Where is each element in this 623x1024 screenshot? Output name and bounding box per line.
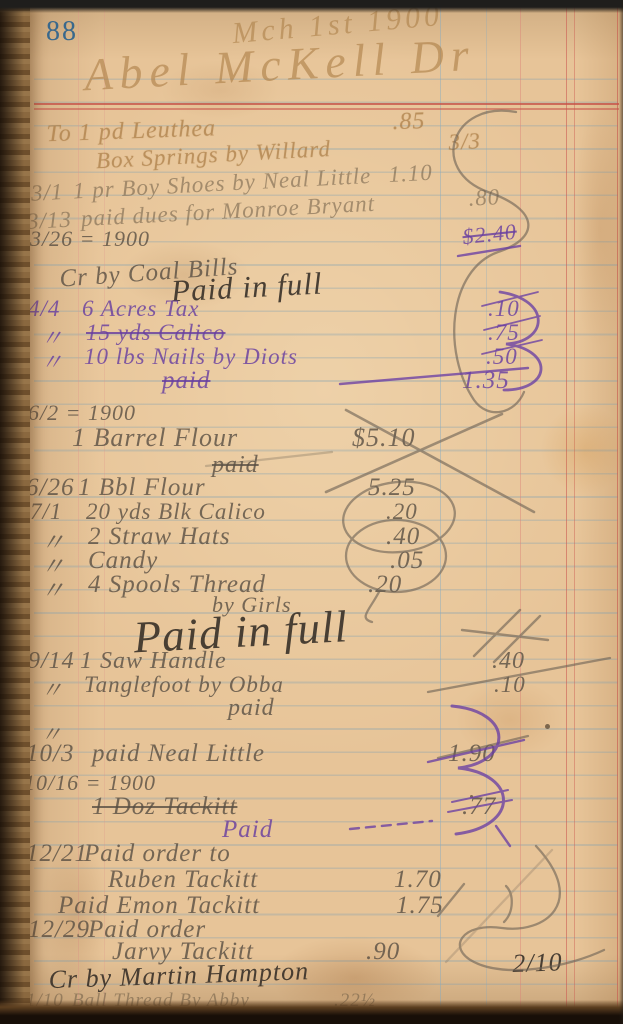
entry-desc: paid Neal Little <box>92 740 265 768</box>
entry-amount: .85 <box>392 108 426 136</box>
entry-amount: .10 <box>488 296 520 322</box>
entry-amount: 3/3 <box>448 128 482 156</box>
entry-date: 10/3 <box>26 740 74 768</box>
entry-date: 〃 <box>40 571 66 607</box>
entry-amount: .40 <box>492 648 525 675</box>
entry-desc: 1 Bbl Flour <box>78 474 206 502</box>
entry-desc: Paid order to <box>84 840 231 868</box>
entry-date: 9/14 <box>28 648 75 675</box>
entry-desc: paid <box>162 367 210 395</box>
entry-date: 7/1 <box>30 499 62 525</box>
entry-desc: 1 Saw Handle <box>80 648 227 675</box>
entry-ramount: 2/10 <box>512 947 563 979</box>
entry-amount: 1.75 <box>396 892 444 920</box>
entry-desc: $2.40 <box>461 219 518 251</box>
entry-date: 4/4 <box>28 296 60 322</box>
entry-amount: .10 <box>494 672 526 698</box>
entry-desc: paid <box>212 452 259 479</box>
entry-amount: .80 <box>468 184 501 212</box>
entry-amount: $5.10 <box>352 423 416 453</box>
entry-date: 3/1 <box>30 179 64 207</box>
ledger-entry: Cr by Martin Hampton2/10 <box>0 945 623 967</box>
book-binding <box>0 0 30 1024</box>
scan-edge-right <box>619 0 623 1024</box>
entry-date: 〃 <box>40 344 64 377</box>
entry-amount: .77 <box>462 793 496 821</box>
entry-amount: 1.90 <box>448 740 496 768</box>
entry-amount: .20 <box>386 499 418 525</box>
entry-desc: 15 yds Calico <box>86 320 226 346</box>
entry-amount: .90 <box>366 938 400 966</box>
entry-amount: 1.35 <box>462 367 510 395</box>
entry-date: 3/26 = 1900 <box>30 226 150 252</box>
entry-date: 12/29 <box>28 916 90 944</box>
entry-desc: 6 Acres Tax <box>82 296 200 322</box>
ledger-entries: To 1 pd Leuthea.85Box Springs by Willard… <box>0 0 623 1024</box>
entry-date: 12/21 <box>26 840 88 868</box>
entry-date: 〃 <box>40 672 64 705</box>
ledger-entry: To 1 pd Leuthea.85 <box>0 101 623 123</box>
entry-amount: .20 <box>368 571 402 599</box>
entry-amount: 1.70 <box>394 866 442 894</box>
scan-edge-bottom <box>0 1000 623 1024</box>
page-number: 88 <box>46 16 78 48</box>
entry-desc: 1 Barrel Flour <box>72 423 238 453</box>
ledger-page-scan: 88 Mch 1st 1900 Abel McKell Dr To 1 pd L… <box>0 0 623 1024</box>
scan-edge-top <box>0 0 623 13</box>
entry-amount: 5.25 <box>368 474 416 502</box>
entry-amount: 1.10 <box>388 160 434 188</box>
entry-amount: .75 <box>488 320 520 346</box>
entry-date: 6/26 <box>26 474 74 502</box>
entry-desc: 1 Doz Tackitt <box>92 793 237 821</box>
entry-desc: 20 yds Blk Calico <box>86 499 266 525</box>
entry-desc: paid <box>228 695 275 722</box>
entry-desc: Ruben Tackitt <box>108 866 258 894</box>
